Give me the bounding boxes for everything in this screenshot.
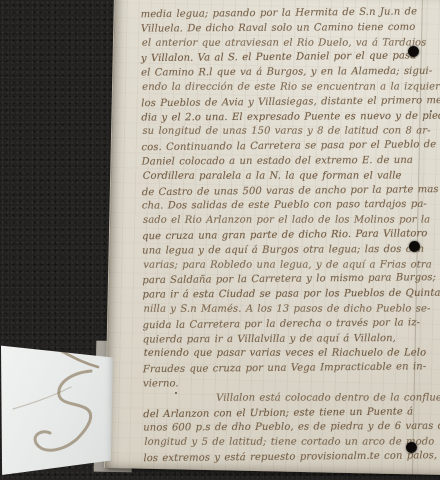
manuscript-line: sado el Rio Arlanzon por el lado de los … [143, 214, 440, 229]
punch-hole [406, 442, 417, 453]
manuscript-line: vierno. [143, 376, 440, 393]
manuscript-line: Villalon está colocado dentro de la conf… [144, 391, 440, 406]
ink-specks [430, 110, 432, 112]
manuscript-line: una legua y de aquí á Burgos otra legua;… [142, 242, 440, 259]
manuscript-line: Daniel colocado a un estado del extremo … [142, 154, 440, 171]
manuscript-line: los extremos y está repuesto provisional… [143, 449, 440, 467]
manuscript-line: endo la dirección de este Rio se encuent… [142, 80, 440, 95]
manuscript-line: Villuela. De dicho Raval solo un Camino … [141, 21, 440, 38]
manuscript-line: longitud y 5 de latitud; tiene cortado u… [144, 436, 440, 451]
manuscript-line: el Camino R.l que va á Burgos, y en la A… [141, 65, 440, 82]
ink-flourish-mark [1, 343, 113, 475]
manuscript-line: Cordillera paralela a la N. la que forma… [143, 169, 440, 184]
punch-hole [409, 241, 420, 252]
manuscript-line: cha. Dos salidas de este Pueblo con paso… [142, 198, 440, 215]
manuscript-line: dia y el 2.o una. El expresado Puente es… [141, 109, 440, 126]
punch-hole [408, 46, 419, 57]
manuscript-line: unos 600 p.s de dho Pueblo, es de piedra… [143, 420, 440, 437]
photo-background: media legua; pasando por la Hermita de S… [0, 0, 440, 480]
archival-slip [1, 343, 113, 475]
manuscript-line: quierda para ir a Villalvilla y de aquí … [143, 331, 440, 348]
manuscript-line: nilla y S.n Mamés. A los 13 pasos de dic… [144, 302, 440, 317]
manuscript-text: media legua; pasando por la Hermita de S… [141, 6, 440, 467]
manuscript-page: media legua; pasando por la Hermita de S… [104, 0, 440, 475]
manuscript-line: para ir á esta Ciudad se pasa por los Pu… [142, 287, 440, 304]
